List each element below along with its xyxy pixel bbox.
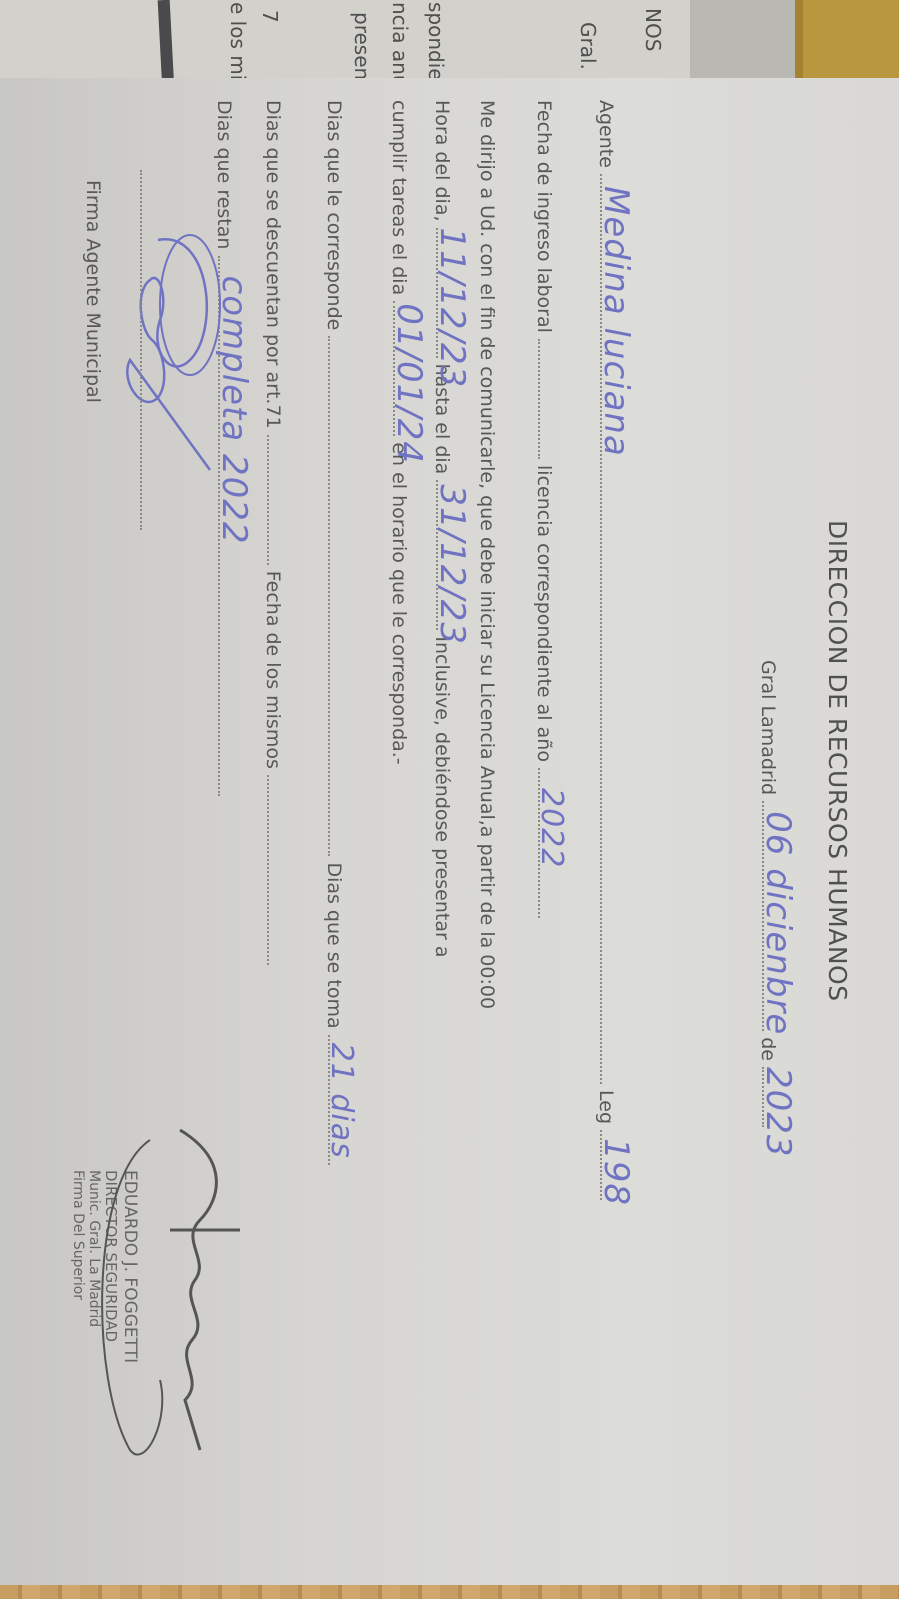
- cumplir-line: cumplir tareas el dia 01/01/24 en el hor…: [388, 100, 413, 765]
- year-value: 2023: [758, 1067, 798, 1158]
- agente-line: Agente Medina luciana Leg 198: [595, 100, 620, 1200]
- dias-toma-value: 21 dias: [324, 1043, 359, 1159]
- agent-signature-icon: [100, 210, 230, 510]
- descuentan-line: Dias que se descuentan por art.71 Fecha …: [262, 100, 287, 965]
- yellow-folder: [795, 0, 899, 78]
- agent-signature-block: Firma Agente Municipal: [82, 170, 160, 550]
- leg-field[interactable]: 198: [600, 1130, 620, 1200]
- background-text: Gral. !: [576, 22, 600, 84]
- fecha-mismos-field[interactable]: [267, 775, 287, 965]
- agente-field[interactable]: Medina luciana: [600, 174, 620, 1084]
- dates-line: Hora del dia, 11/12/23 hasta el dia 31/1…: [431, 100, 456, 958]
- fecha-regreso-field[interactable]: 01/01/24: [393, 301, 413, 436]
- fecha-regreso-value: 01/01/24: [389, 303, 429, 464]
- background-text: NOS: [641, 8, 665, 51]
- fecha-fin-value: 31/12/23: [432, 484, 472, 645]
- place-date-line: Gral Lamadrid 06 dicienbre de 2023: [757, 660, 782, 1127]
- form-title: DIRECCION DE RECURSOS HUMANOS: [823, 520, 852, 1002]
- grey-sheet: [690, 0, 795, 80]
- agente-value: Medina luciana: [596, 186, 636, 457]
- background-text: ncia anu: [388, 2, 412, 87]
- body-line-1: Me dirijo a Ud. con el fin de comunicarl…: [476, 100, 498, 1009]
- background-text: 7: [258, 10, 282, 23]
- descuentan-field[interactable]: [267, 435, 287, 565]
- dias-corresponde-line: Dias que le corresponde Dias que se toma…: [323, 100, 348, 1165]
- place-date-value: 06 dicienbre: [758, 811, 798, 1035]
- fecha-inicio-value: 11/12/23: [432, 228, 472, 389]
- leave-form: DIRECCION DE RECURSOS HUMANOS Gral Lamad…: [0, 90, 860, 1590]
- leg-value: 198: [596, 1138, 636, 1206]
- place-date-field[interactable]: 06 dicienbre: [762, 801, 782, 1031]
- agent-signature-field[interactable]: [140, 170, 160, 530]
- pen-object: [158, 0, 175, 90]
- fecha-inicio-field[interactable]: 11/12/23: [436, 228, 456, 358]
- supervisor-stamp: EDUARDO J. FOGGETTI DIRECTOR SEGURIDAD M…: [70, 1140, 140, 1470]
- year-field[interactable]: 2023: [762, 1067, 782, 1127]
- dias-toma-field[interactable]: 21 dias: [328, 1035, 348, 1165]
- fecha-fin-field[interactable]: 31/12/23: [436, 480, 456, 630]
- licencia-year-field[interactable]: 2022: [538, 768, 558, 918]
- background-text: present: [350, 12, 374, 88]
- licencia-year-value: 2022: [534, 788, 569, 868]
- supervisor-signature-icon: [80, 1120, 240, 1480]
- background-text: spondie: [424, 2, 448, 81]
- ingreso-field[interactable]: [538, 339, 558, 459]
- dias-corresponde-field[interactable]: [328, 336, 348, 856]
- ingreso-line: Fecha de ingreso laboral licencia corres…: [533, 100, 558, 918]
